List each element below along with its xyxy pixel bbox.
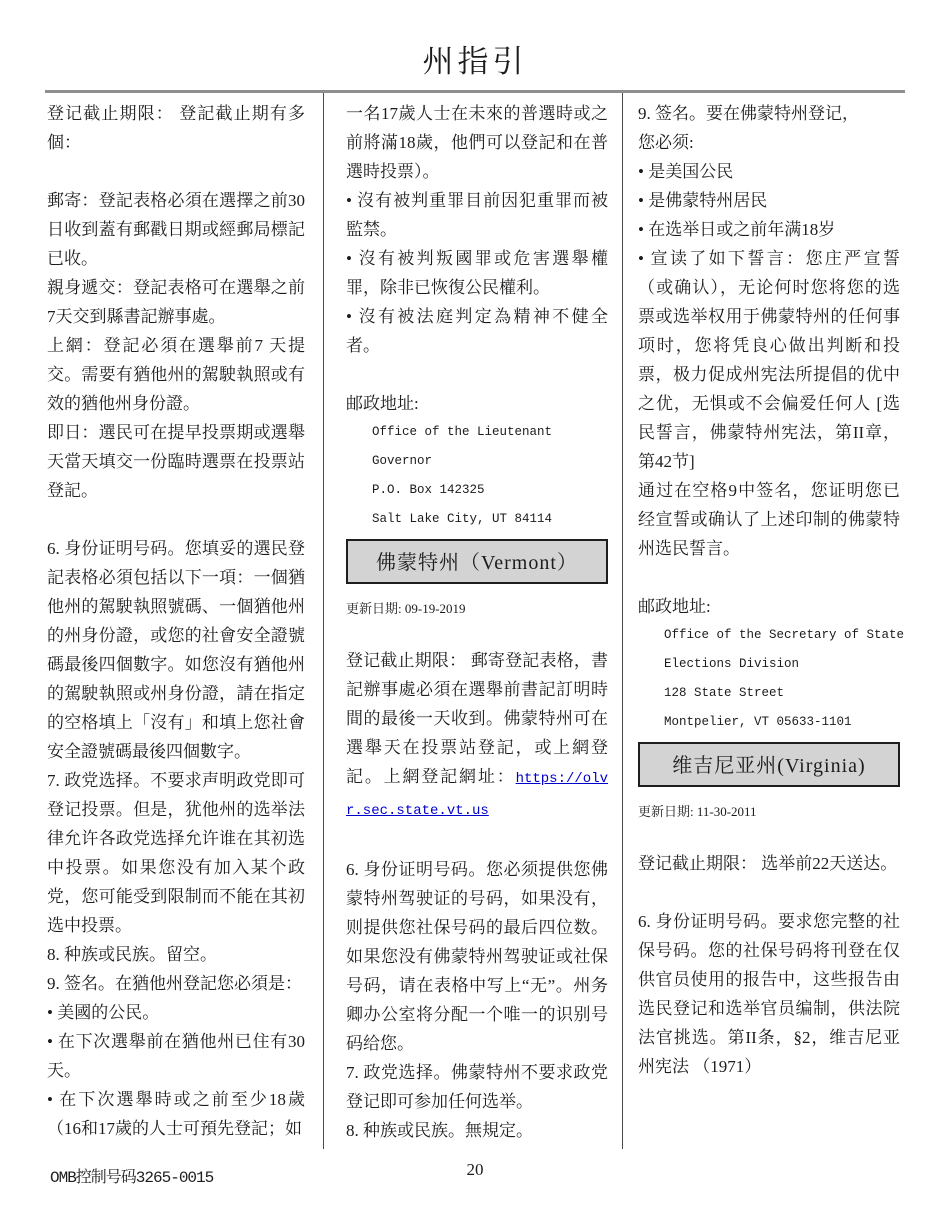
paragraph: 6. 身份证明号码。您必须提供您佛蒙特州驾驶证的号码，如果没有，则提供您社保号码…	[346, 855, 608, 1058]
address-line: Salt Lake City, UT 84114	[346, 505, 608, 534]
paragraph: 8. 种族或民族。無規定。	[346, 1116, 608, 1145]
paragraph: 即日：選民可在提早投票期或選舉天當天填交一份臨時選票在投票站登記。	[47, 418, 305, 505]
paragraph-gap	[47, 505, 305, 534]
address-line: P.O. Box 142325	[346, 476, 608, 505]
page-footer: OMB控制号码3265-0015 20	[0, 1160, 950, 1190]
column-right: 9. 签名。要在佛蒙特州登记，您必须:• 是美国公民• 是佛蒙特州居民• 在选举…	[622, 93, 900, 1149]
paragraph: 6. 身份证明号码。要求您完整的社保号码。您的社保号码将刊登在仅供官员使用的报告…	[638, 907, 900, 1081]
page-title: 州指引	[0, 0, 950, 81]
paragraph: 6. 身份证明号码。您填妥的選民登記表格必須包括以下一項：一個猶他州的駕駛執照號…	[47, 534, 305, 766]
mailing-address: 邮政地址:Office of the LieutenantGovernorP.O…	[346, 389, 608, 534]
bullet-paragraph: • 在下次選舉時或之前至少18歲（16和17歲的人士可預先登記；如	[47, 1085, 305, 1143]
paragraph: 一名17歲人士在未來的普選時或之前將滿18歲，他們可以登記和在普選時投票）。	[346, 99, 608, 186]
address-line: Office of the Secretary of State	[638, 621, 900, 650]
paragraph-gap	[346, 826, 608, 855]
bullet-paragraph: • 在选举日或之前年满18岁	[638, 215, 900, 244]
mailing-address: 邮政地址:Office of the Secretary of StateEle…	[638, 592, 900, 737]
content-columns: 登记截止期限： 登記截止期有多個：郵寄：登記表格必須在選擇之前30日收到蓋有郵戳…	[47, 93, 950, 1149]
address-label: 邮政地址:	[638, 592, 900, 621]
paragraph: 登记截止期限： 郵寄登記表格，書記辦事處必須在選舉前書記訂明時間的最後一天收到。…	[346, 646, 608, 826]
address-label: 邮政地址:	[346, 389, 608, 418]
bullet-paragraph: • 是佛蒙特州居民	[638, 186, 900, 215]
bullet-paragraph: • 美國的公民。	[47, 998, 305, 1027]
column-left: 登记截止期限： 登記截止期有多個：郵寄：登記表格必須在選擇之前30日收到蓋有郵戳…	[47, 93, 323, 1149]
paragraph-gap	[638, 878, 900, 907]
paragraph-gap	[346, 360, 608, 389]
footer-page-number: 20	[0, 1160, 950, 1180]
state-section-header: 佛蒙特州（Vermont）	[346, 539, 608, 584]
paragraph: 親身遞交：登記表格可在選舉之前7天交到縣書記辦事處。	[47, 273, 305, 331]
paragraph: 您必须:	[638, 128, 900, 157]
paragraph: 9. 签名。在猶他州登記您必須是：	[47, 969, 305, 998]
paragraph: 通过在空格9中签名，您证明您已经宣誓或确认了上述印制的佛蒙特州选民誓言。	[638, 476, 900, 563]
bullet-paragraph: • 沒有被判叛國罪或危害選舉權罪，除非已恢復公民權利。	[346, 244, 608, 302]
paragraph: 8. 种族或民族。留空。	[47, 940, 305, 969]
bullet-paragraph: • 宣读了如下誓言：您庄严宣誓（或确认），无论何时您将您的选票或选举权用于佛蒙特…	[638, 244, 900, 476]
paragraph: 登记截止期限： 登記截止期有多個：	[47, 99, 305, 157]
paragraph: 上網：登記必須在選舉前7 天提交。需要有猶他州的駕駛執照或有效的猶他州身份證。	[47, 331, 305, 418]
paragraph-gap	[638, 563, 900, 592]
bullet-paragraph: • 沒有被法庭判定為精神不健全者。	[346, 302, 608, 360]
paragraph-gap	[47, 157, 305, 186]
paragraph: 郵寄：登記表格必須在選擇之前30日收到蓋有郵戳日期或經郵局標記已收。	[47, 186, 305, 273]
address-line: Montpelier, VT 05633-1101	[638, 708, 900, 737]
address-line: Elections Division	[638, 650, 900, 679]
bullet-paragraph: • 沒有被判重罪目前因犯重罪而被監禁。	[346, 186, 608, 244]
paragraph: 7. 政党选择。佛蒙特州不要求政党登记即可参加任何选举。	[346, 1058, 608, 1116]
bullet-paragraph: • 是美国公民	[638, 157, 900, 186]
bullet-paragraph: • 在下次選舉前在猶他州已住有30天。	[47, 1027, 305, 1085]
state-section-header: 维吉尼亚州(Virginia)	[638, 742, 900, 787]
update-date: 更新日期: 11-30-2011	[638, 802, 900, 822]
address-line: 128 State Street	[638, 679, 900, 708]
paragraph: 登记截止期限： 选举前22天送达。	[638, 849, 900, 878]
paragraph: 9. 签名。要在佛蒙特州登记，	[638, 99, 900, 128]
column-middle: 一名17歲人士在未來的普選時或之前將滿18歲，他們可以登記和在普選時投票）。• …	[323, 93, 622, 1149]
address-line: Governor	[346, 447, 608, 476]
address-line: Office of the Lieutenant	[346, 418, 608, 447]
update-date: 更新日期: 09-19-2019	[346, 599, 608, 619]
paragraph: 7. 政党选择。不要求声明政党即可登记投票。但是，犹他州的选举法律允许各政党选择…	[47, 766, 305, 940]
registration-link[interactable]: https://olvr.sec.state.vt.us	[346, 771, 608, 819]
